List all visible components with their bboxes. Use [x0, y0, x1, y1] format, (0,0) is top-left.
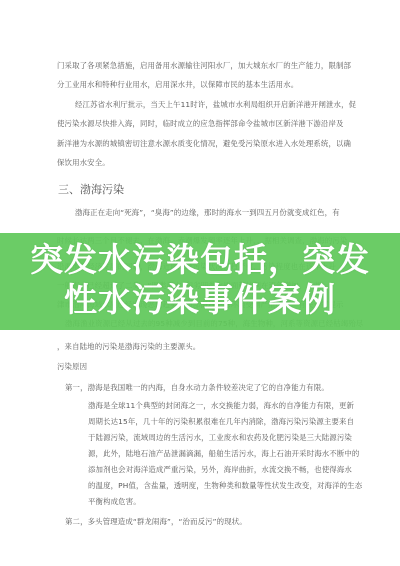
paragraph-line: 经江苏省水利厅批示，当天上午11时许，盐城市水利局组织开启新洋港开闸泄水，促 — [75, 100, 356, 109]
paragraph-line: 门采取了各项紧急措施，启用备用水源输往河阳水厂，加大城东水厂的生产能力，限制部 — [57, 61, 351, 70]
paragraph-line: ，来自陆地的污染是渤海污染的主要源头。 — [57, 342, 200, 351]
banner-title-line-1: 突发水污染包括，突发 — [0, 241, 400, 279]
reason-line: 平衡构成危害。 — [88, 497, 141, 506]
reason-line: 第一，渤海是我国唯一的内海，自身水动力条件较差决定了它的自净能力有限。 — [65, 383, 329, 392]
subheading: 污染原因 — [57, 362, 87, 371]
paragraph-line: 使污染水源尽快排入海，同时，临时成立的应急指挥部命令盐城市区新洋港下游沿岸及 — [57, 119, 344, 128]
reason-line: 的温度，PH值，含盐量，透明度，生物种类和数量等性状发生改变，对海洋的生态 — [88, 481, 362, 490]
reason-line: 源，此外，陆地石油产品泄漏滴漏，船舶生活污水，海上石油开采时海水不断中的 — [88, 449, 359, 458]
reason-line: 周期长达15年，几十年的污染积累很难在几年内消除，渤海污染污染源主要来自 — [88, 417, 354, 426]
paragraph-line: 渤海正在走向“死海”，“臭海”的边缘，那时的海水一到四五月份就变成红色，有 — [75, 208, 340, 217]
reason-line: 于陆源污染，流域周边的生活污水，工业废水和农药及化肥污染是三大陆源污染 — [88, 433, 352, 442]
reason-line: 渤海是全球11个典型的封闭海之一，水交换能力弱，海水的自净能力有限，更新 — [88, 401, 354, 410]
paragraph-line: 保饮用水安全。 — [57, 158, 110, 167]
reason-line: 添加剂也会对海洋造成严重污染，另外，海岸曲折，水流交换不畅，也使得海水 — [88, 465, 352, 474]
title-banner: 突发水污染包括，突发 性水污染事件案例 — [0, 233, 400, 330]
paragraph-line: 新洋港为水源的城镇密切注意水源水质变化情况，避免受污染原水进入水处理系统，以确 — [57, 139, 351, 148]
banner-title-line-2: 性水污染事件案例 — [0, 281, 400, 319]
paragraph-line: 分工业用水和特种行业用水，启用深水井，以保障市民的基本生活用水。 — [57, 80, 298, 89]
section-heading: 三、渤海污染 — [58, 183, 124, 196]
reason-line: 第二，多头管理造成“群龙闹海”，“治而反污”的现状。 — [65, 517, 247, 526]
